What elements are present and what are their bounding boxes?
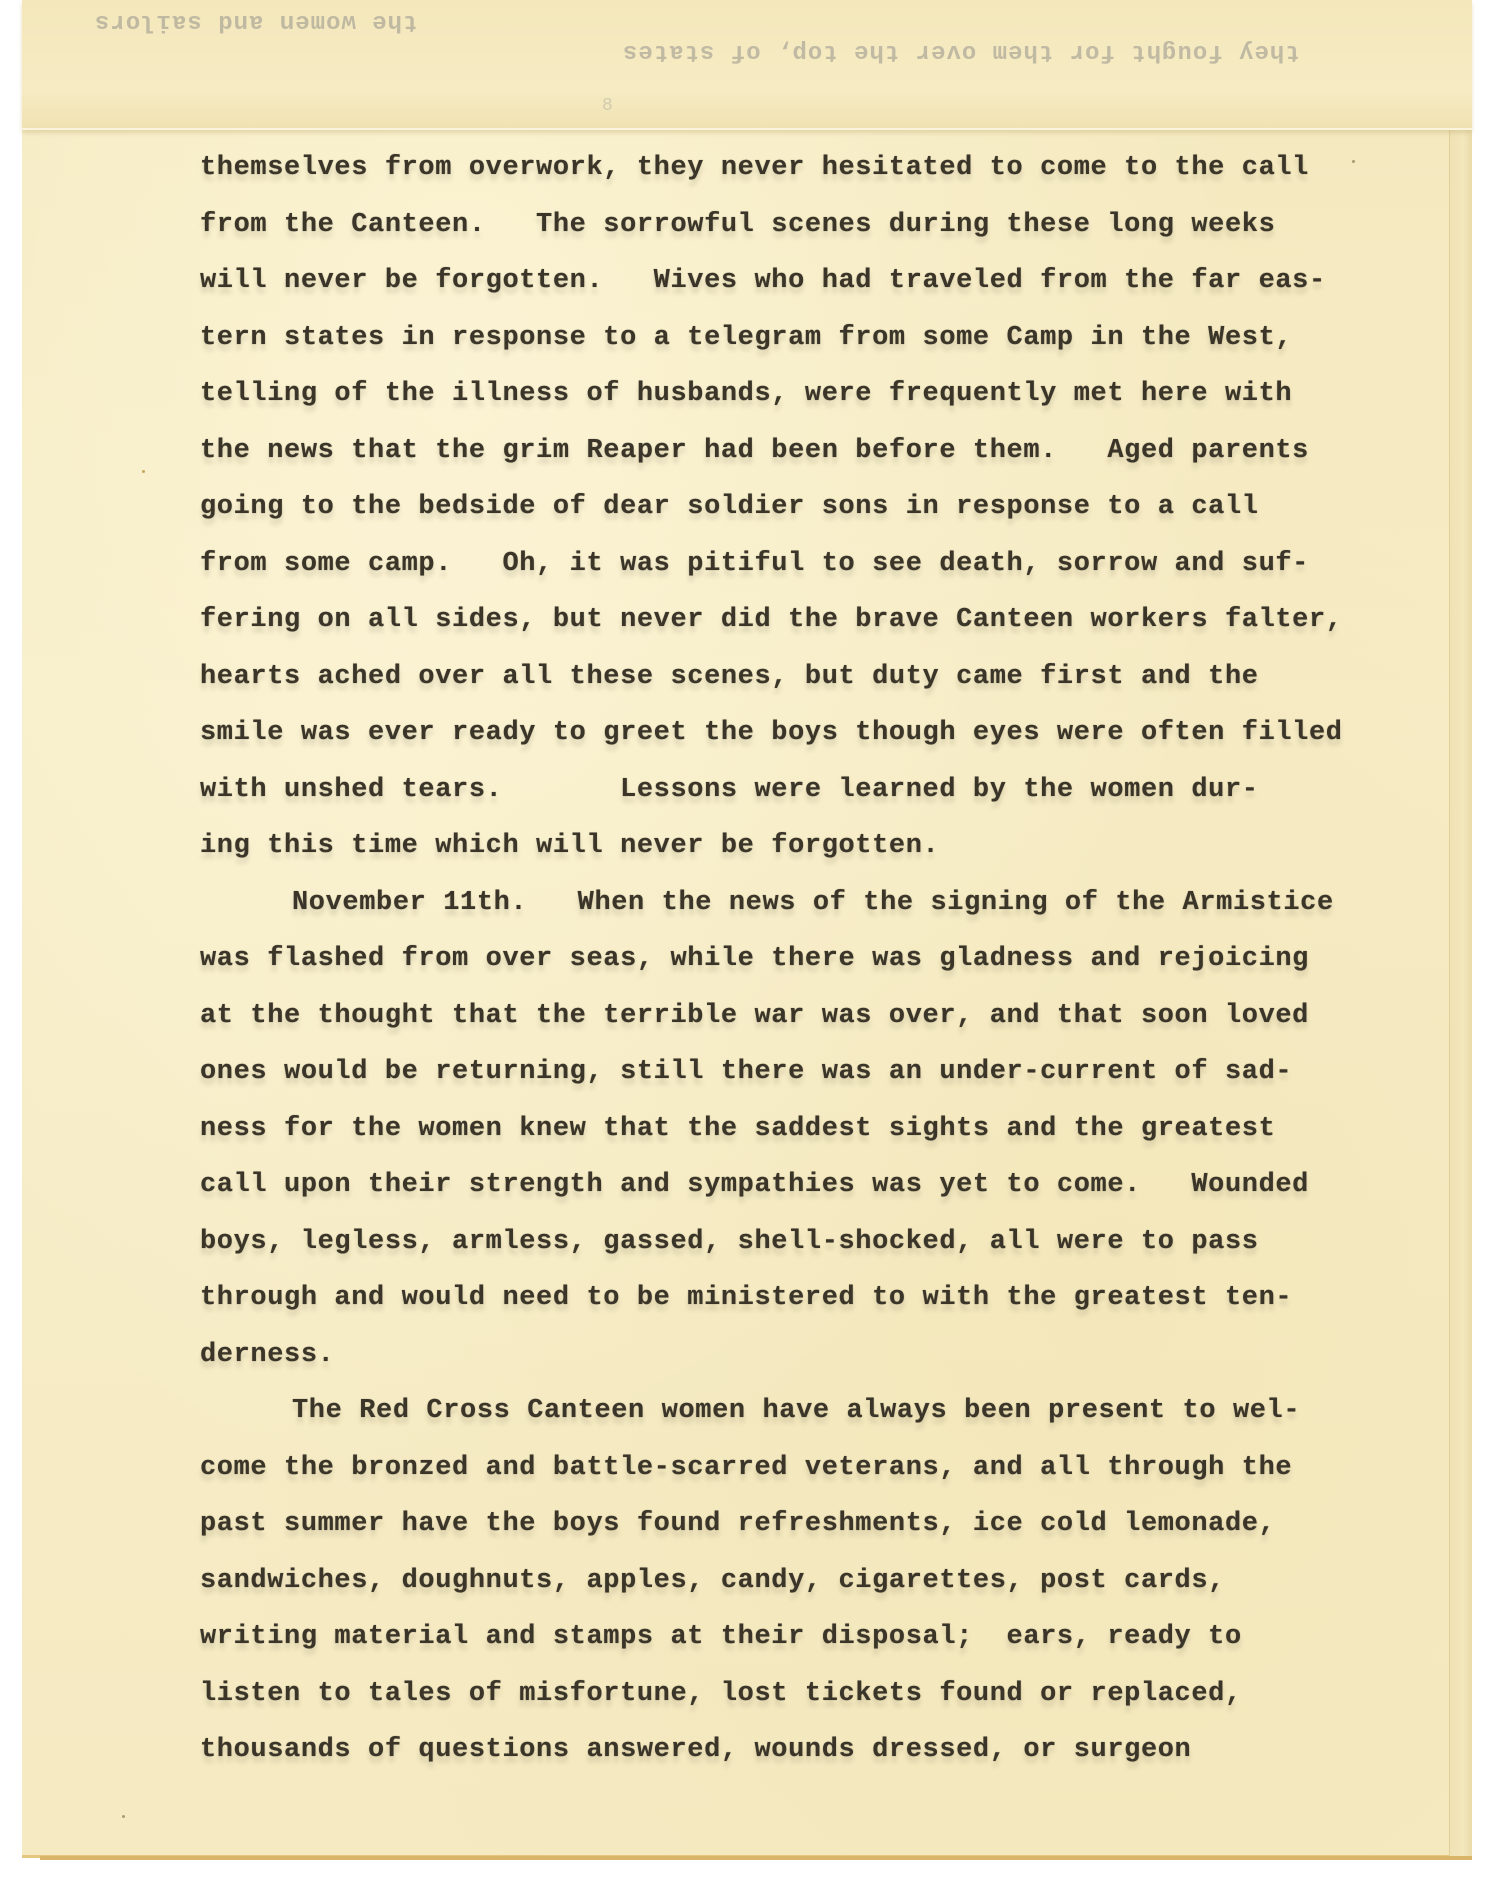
text-line: from the Canteen. The sorrowful scenes d… [200, 205, 1340, 262]
text-line: with unshed tears. Lessons were learned … [200, 770, 1340, 827]
text-line: derness. [200, 1335, 1340, 1392]
text-line: listen to tales of misfortune, lost tick… [200, 1674, 1340, 1731]
text-line: going to the bedside of dear soldier son… [200, 487, 1340, 544]
text-line: hearts ached over all these scenes, but … [200, 657, 1340, 714]
text-line: ness for the women knew that the saddest… [200, 1109, 1340, 1166]
text-line: smile was ever ready to greet the boys t… [200, 713, 1340, 770]
text-line: past summer have the boys found refreshm… [200, 1504, 1340, 1561]
bleedthrough-line: the women and sailors [94, 8, 417, 35]
folded-flap: the women and sailors they fought for th… [22, 0, 1472, 130]
text-line: was flashed from over seas, while there … [200, 939, 1340, 996]
text-line: through and would need to be ministered … [200, 1278, 1340, 1335]
text-line: sandwiches, doughnuts, apples, candy, ci… [200, 1561, 1340, 1618]
bleedthrough-line: they fought for them over the top, of st… [622, 38, 1300, 65]
paper-speck [1352, 160, 1355, 163]
text-line: from some camp. Oh, it was pitiful to se… [200, 544, 1340, 601]
text-line: ing this time which will never be forgot… [200, 826, 1340, 883]
paper-speck [142, 470, 145, 473]
typewritten-body: themselves from overwork, they never hes… [200, 148, 1340, 1787]
text-line: boys, legless, armless, gassed, shell-sh… [200, 1222, 1340, 1279]
page-mark: 8 [602, 96, 613, 116]
text-line: ones would be returning, still there was… [200, 1052, 1340, 1109]
text-line: thousands of questions answered, wounds … [200, 1730, 1340, 1787]
text-line: will never be forgotten. Wives who had t… [200, 261, 1340, 318]
text-line: fering on all sides, but never did the b… [200, 600, 1340, 657]
text-line: themselves from overwork, they never hes… [200, 148, 1340, 205]
text-line: telling of the illness of husbands, were… [200, 374, 1340, 431]
page-bottom-edge-stain [40, 1856, 1472, 1860]
paragraph-start-line: The Red Cross Canteen women have always … [200, 1391, 1340, 1448]
text-line: writing material and stamps at their dis… [200, 1617, 1340, 1674]
paper-speck [122, 1815, 125, 1818]
text-line: call upon their strength and sympathies … [200, 1165, 1340, 1222]
text-line: come the bronzed and battle-scarred vete… [200, 1448, 1340, 1505]
paragraph-start-line: November 11th. When the news of the sign… [200, 883, 1340, 940]
text-line: the news that the grim Reaper had been b… [200, 431, 1340, 488]
page-right-edge [1449, 120, 1472, 1858]
text-line: at the thought that the terrible war was… [200, 996, 1340, 1053]
text-line: tern states in response to a telegram fr… [200, 318, 1340, 375]
